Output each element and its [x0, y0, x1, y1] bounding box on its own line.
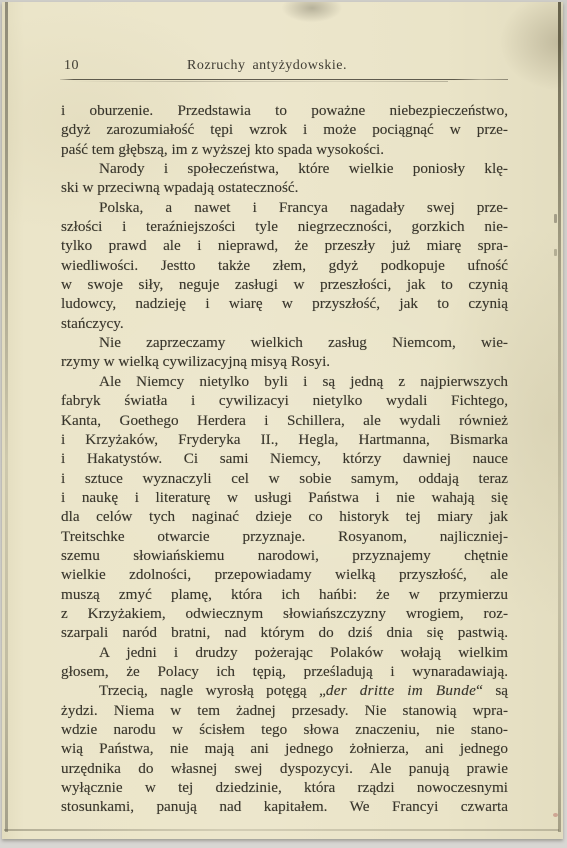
text-line: Kanta, Goethego Herdera i Schillera, ale… — [61, 411, 508, 430]
paper-speck — [553, 813, 558, 817]
text-line: Ale Niemcy nietylko byli i są jedną z na… — [61, 372, 508, 391]
page-right-edge-shadow — [558, 2, 561, 832]
text-line: Polska, a nawet i Francya nagadały swej … — [61, 198, 508, 217]
text-line: szemu słowiańskiemu narodowi, przyznajem… — [61, 546, 508, 565]
page-left-edge-shadow — [5, 2, 8, 832]
text-line: wiedliwości. Jestto także złem, gdyż pod… — [61, 256, 508, 275]
paper-speck — [554, 249, 557, 256]
text-line: fabryk światła i cywilizacyi nietylko wy… — [61, 391, 508, 410]
text-line: Nie zaprzeczamy wielkich zasług Niemcom,… — [61, 333, 508, 352]
text-line: ludowcy, nadzieję i wiarę w przyszłość, … — [61, 294, 508, 313]
text-line: stańczycy. — [61, 314, 508, 333]
book-page: 10 Rozruchy antyżydowskie. i oburzenie. … — [2, 2, 563, 839]
page-bottom-edge-shadow — [4, 829, 559, 831]
running-title: Rozruchy antyżydowskie. — [60, 58, 474, 74]
text-line: muszą zmyć plamę, która ich hańbi: że w … — [61, 585, 508, 604]
text-line: wdzie narodu w ścisłem tego słowa znacze… — [61, 720, 508, 739]
text-line: ski w przeciwną wpadają ostateczność. — [61, 178, 508, 197]
text-line: szarpali naród bratni, nad którym do dzi… — [61, 623, 508, 642]
text-line: wielkie zdolności, przepowiadamy wielką … — [61, 565, 508, 584]
text-line: i Hakatystów. Ci sami Niemcy, którzy daw… — [61, 449, 508, 468]
text-line: i naukę i literaturę w usługi Państwa i … — [61, 488, 508, 507]
text-line: i sztuce wyznaczyli cel w sobie samym, o… — [61, 469, 508, 488]
text-line: paść tem głębszą, im z wyższej kto spada… — [61, 140, 508, 159]
text-line: A jedni i drudzy pożerając Polaków wołaj… — [61, 643, 508, 662]
text-line: rzymy w wielką cywilizacyjną misyą Rosyi… — [61, 352, 508, 371]
text-line: z Krzyżakiem, odwiecznym słowiańszczyzny… — [61, 604, 508, 623]
paper-speck — [554, 214, 557, 223]
text-segment: Trzecią, nagle wyrosłą potęgą „ — [99, 682, 326, 699]
text-line: i Krzyżaków, Fryderyka II., Hegla, Hartm… — [61, 430, 508, 449]
text-line: wyłącznie w tej dziedzinie, która rządzi… — [61, 778, 508, 797]
scanner-background: 10 Rozruchy antyżydowskie. i oburzenie. … — [0, 0, 567, 848]
text-line: gdyż zarozumiałość tępi wzrok i może poc… — [61, 120, 508, 139]
text-line: głosem, że Polacy ich tępią, prześladują… — [61, 662, 508, 681]
header-rule — [60, 79, 508, 82]
text-line: dla celów tych naginać dzieje co history… — [61, 507, 508, 526]
text-line: w swoje siły, neguje zasługi w przeszłoś… — [61, 275, 508, 294]
text-line: Narody i społeczeństwa, które wielkie po… — [61, 159, 508, 178]
emphasis-phrase: der dritte im Bunde — [326, 682, 476, 699]
text-line: żydzi. Niema w tem żadnej przesady. Nie … — [61, 701, 508, 720]
text-line: stosunkami, panują nad kapitałem. We Fra… — [61, 797, 508, 816]
text-block: i oburzenie. Przedstawia to poważne nieb… — [61, 101, 508, 817]
text-line: Treitschke otwarcie przyznaje. Rosyanom,… — [61, 527, 508, 546]
text-line: Trzecią, nagle wyrosłą potęgą „der dritt… — [61, 681, 508, 700]
text-line: urzędnika do własnej swej dyspozycyi. Al… — [61, 759, 508, 778]
text-line: tylko prawd ale i nieprawd, że przeszły … — [61, 236, 508, 255]
text-line: i oburzenie. Przedstawia to poważne nieb… — [61, 101, 508, 120]
text-segment: “ są — [476, 682, 508, 699]
page-header: 10 Rozruchy antyżydowskie. — [60, 58, 508, 74]
text-line: wią Państwa, nie mają ani jednego żołnie… — [61, 739, 508, 758]
text-line: szłości i teraźniejszości tyle niegrzecz… — [61, 217, 508, 236]
